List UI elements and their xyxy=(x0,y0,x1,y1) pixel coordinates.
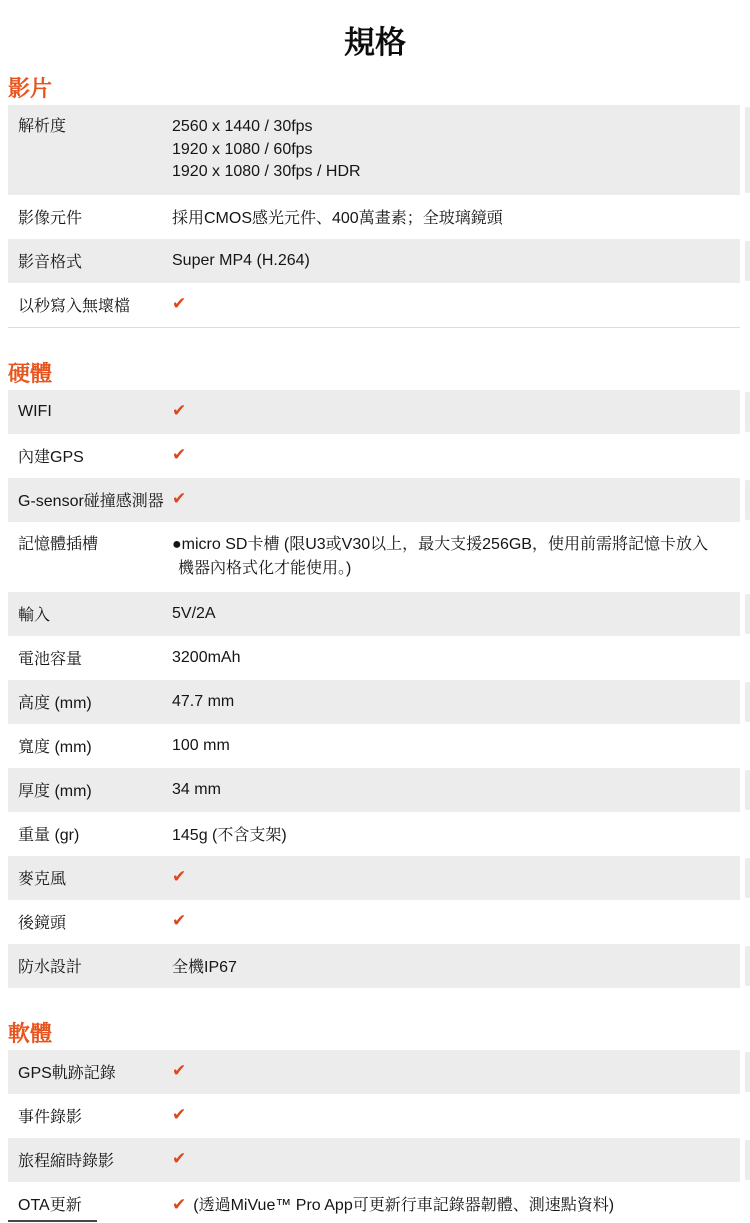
spec-value: 34 mm xyxy=(172,781,221,799)
section-heading-video: 影片 xyxy=(8,76,750,102)
section-heading-software: 軟體 xyxy=(8,1021,750,1047)
spec-row: 麥克風 ✔ xyxy=(8,856,740,900)
spec-row: GPS軌跡記錄 ✔ xyxy=(8,1050,740,1094)
spec-row: 內建GPS ✔ xyxy=(8,434,740,478)
spec-row: 事件錄影 ✔ xyxy=(8,1094,740,1138)
spec-row: 重量 (gr) 145g (不含支架) xyxy=(8,812,740,856)
check-icon: ✔ xyxy=(172,294,186,313)
spec-row: 以秒寫入無壞檔 ✔ xyxy=(8,283,740,328)
spec-label: 記憶體插槽 xyxy=(18,533,172,557)
spec-label: 防水設計 xyxy=(18,954,172,977)
spec-row: OTA更新 ✔(透過MiVue™ Pro App可更新行車記錄器韌體、測速點資料… xyxy=(8,1182,740,1223)
spec-note: (透過MiVue™ Pro App可更新行車記錄器韌體、測速點資料) xyxy=(193,1197,614,1214)
spec-value: 3200mAh xyxy=(172,649,241,667)
spec-value: ✔ xyxy=(172,868,186,887)
check-icon: ✔ xyxy=(172,445,186,464)
spec-value: Super MP4 (H.264) xyxy=(172,252,310,270)
check-icon: ✔ xyxy=(172,1061,186,1080)
spec-value: ✔ xyxy=(172,1106,186,1125)
spec-value-line: 1920 x 1080 / 60fps xyxy=(172,139,361,162)
spec-row: 解析度 2560 x 1440 / 30fps 1920 x 1080 / 60… xyxy=(8,105,740,195)
spec-table-software: GPS軌跡記錄 ✔ 事件錄影 ✔ 旅程縮時錄影 ✔ OTA更新 ✔(透過MiVu… xyxy=(8,1050,750,1223)
spec-value: ✔ xyxy=(172,446,186,465)
spec-label: 內建GPS xyxy=(18,444,172,467)
spec-label: 影像元件 xyxy=(18,205,172,228)
spec-value: ✔ xyxy=(172,402,186,421)
spec-row: 輸入 5V/2A xyxy=(8,592,740,636)
spec-label: 輸入 xyxy=(18,602,172,625)
spec-row: 影音格式 Super MP4 (H.264) xyxy=(8,239,740,283)
spec-label: 影音格式 xyxy=(18,249,172,272)
spec-row: 影像元件 採用CMOS感光元件、400萬畫素；全玻璃鏡頭 xyxy=(8,195,740,239)
spec-label: 解析度 xyxy=(18,116,172,139)
spec-row: 電池容量 3200mAh xyxy=(8,636,740,680)
spec-value: 145g (不含支架) xyxy=(172,822,287,845)
section-heading-hardware: 硬體 xyxy=(8,361,750,387)
spec-row: 記憶體插槽 ●micro SD卡槽 (限U3或V30以上，最大支援256GB，使… xyxy=(8,522,740,592)
cropped-divider xyxy=(8,1220,97,1222)
spec-label: OTA更新 xyxy=(18,1192,172,1215)
spec-value: 2560 x 1440 / 30fps 1920 x 1080 / 60fps … xyxy=(172,116,361,184)
spec-label: 高度 (mm) xyxy=(18,690,172,713)
spec-row: 高度 (mm) 47.7 mm xyxy=(8,680,740,724)
spec-value: 47.7 mm xyxy=(172,693,234,711)
spec-value-line: 機器內格式化才能使用。) xyxy=(172,557,708,581)
spec-label: 麥克風 xyxy=(18,866,172,889)
check-icon: ✔ xyxy=(172,911,186,930)
spec-value: ✔ xyxy=(172,1062,186,1081)
section-hardware: 硬體 WIFI ✔ 內建GPS ✔ G-sensor碰撞感測器 ✔ 記憶體插槽 … xyxy=(0,361,750,988)
spec-value: ✔ xyxy=(172,490,186,509)
spec-label: 後鏡頭 xyxy=(18,910,172,933)
check-icon: ✔ xyxy=(172,1195,186,1214)
spec-table-hardware: WIFI ✔ 內建GPS ✔ G-sensor碰撞感測器 ✔ 記憶體插槽 ●mi… xyxy=(8,390,750,988)
section-video: 影片 解析度 2560 x 1440 / 30fps 1920 x 1080 /… xyxy=(0,76,750,328)
spec-row: 寬度 (mm) 100 mm xyxy=(8,724,740,768)
spec-label: 厚度 (mm) xyxy=(18,778,172,801)
spec-table-video: 解析度 2560 x 1440 / 30fps 1920 x 1080 / 60… xyxy=(8,105,750,328)
spec-value: ●micro SD卡槽 (限U3或V30以上，最大支援256GB，使用前需將記憶… xyxy=(172,533,708,581)
spec-value-line: 1920 x 1080 / 30fps / HDR xyxy=(172,161,361,184)
section-software: 軟體 GPS軌跡記錄 ✔ 事件錄影 ✔ 旅程縮時錄影 ✔ OTA更新 ✔(透過M… xyxy=(0,1021,750,1223)
spec-value: ✔(透過MiVue™ Pro App可更新行車記錄器韌體、測速點資料) xyxy=(172,1192,614,1215)
spec-value: 5V/2A xyxy=(172,605,216,623)
page-title: 規格 xyxy=(0,24,750,62)
spec-value-line: 2560 x 1440 / 30fps xyxy=(172,116,361,139)
spec-label: 電池容量 xyxy=(18,646,172,669)
spec-label: 寬度 (mm) xyxy=(18,734,172,757)
check-icon: ✔ xyxy=(172,867,186,886)
spec-value: ✔ xyxy=(172,295,186,314)
spec-row: 旅程縮時錄影 ✔ xyxy=(8,1138,740,1182)
spec-value: ✔ xyxy=(172,912,186,931)
spec-label: 旅程縮時錄影 xyxy=(18,1148,172,1171)
spec-value: ✔ xyxy=(172,1150,186,1169)
check-icon: ✔ xyxy=(172,1149,186,1168)
spec-label: GPS軌跡記錄 xyxy=(18,1060,172,1083)
spec-label: WIFI xyxy=(18,403,172,421)
spec-row: 厚度 (mm) 34 mm xyxy=(8,768,740,812)
spec-row: G-sensor碰撞感測器 ✔ xyxy=(8,478,740,522)
check-icon: ✔ xyxy=(172,489,186,508)
check-icon: ✔ xyxy=(172,1105,186,1124)
check-icon: ✔ xyxy=(172,401,186,420)
spec-label: G-sensor碰撞感測器 xyxy=(18,488,172,511)
spec-label: 事件錄影 xyxy=(18,1104,172,1127)
spec-row: WIFI ✔ xyxy=(8,390,740,434)
spec-value: 100 mm xyxy=(172,737,230,755)
spec-label: 以秒寫入無壞檔 xyxy=(18,293,172,316)
spec-row: 防水設計 全機IP67 xyxy=(8,944,740,988)
spec-row: 後鏡頭 ✔ xyxy=(8,900,740,944)
spec-value: 採用CMOS感光元件、400萬畫素；全玻璃鏡頭 xyxy=(172,205,503,228)
spec-value-line: ●micro SD卡槽 (限U3或V30以上，最大支援256GB，使用前需將記憶… xyxy=(172,533,708,557)
spec-label: 重量 (gr) xyxy=(18,822,172,845)
spec-value: 全機IP67 xyxy=(172,954,237,977)
